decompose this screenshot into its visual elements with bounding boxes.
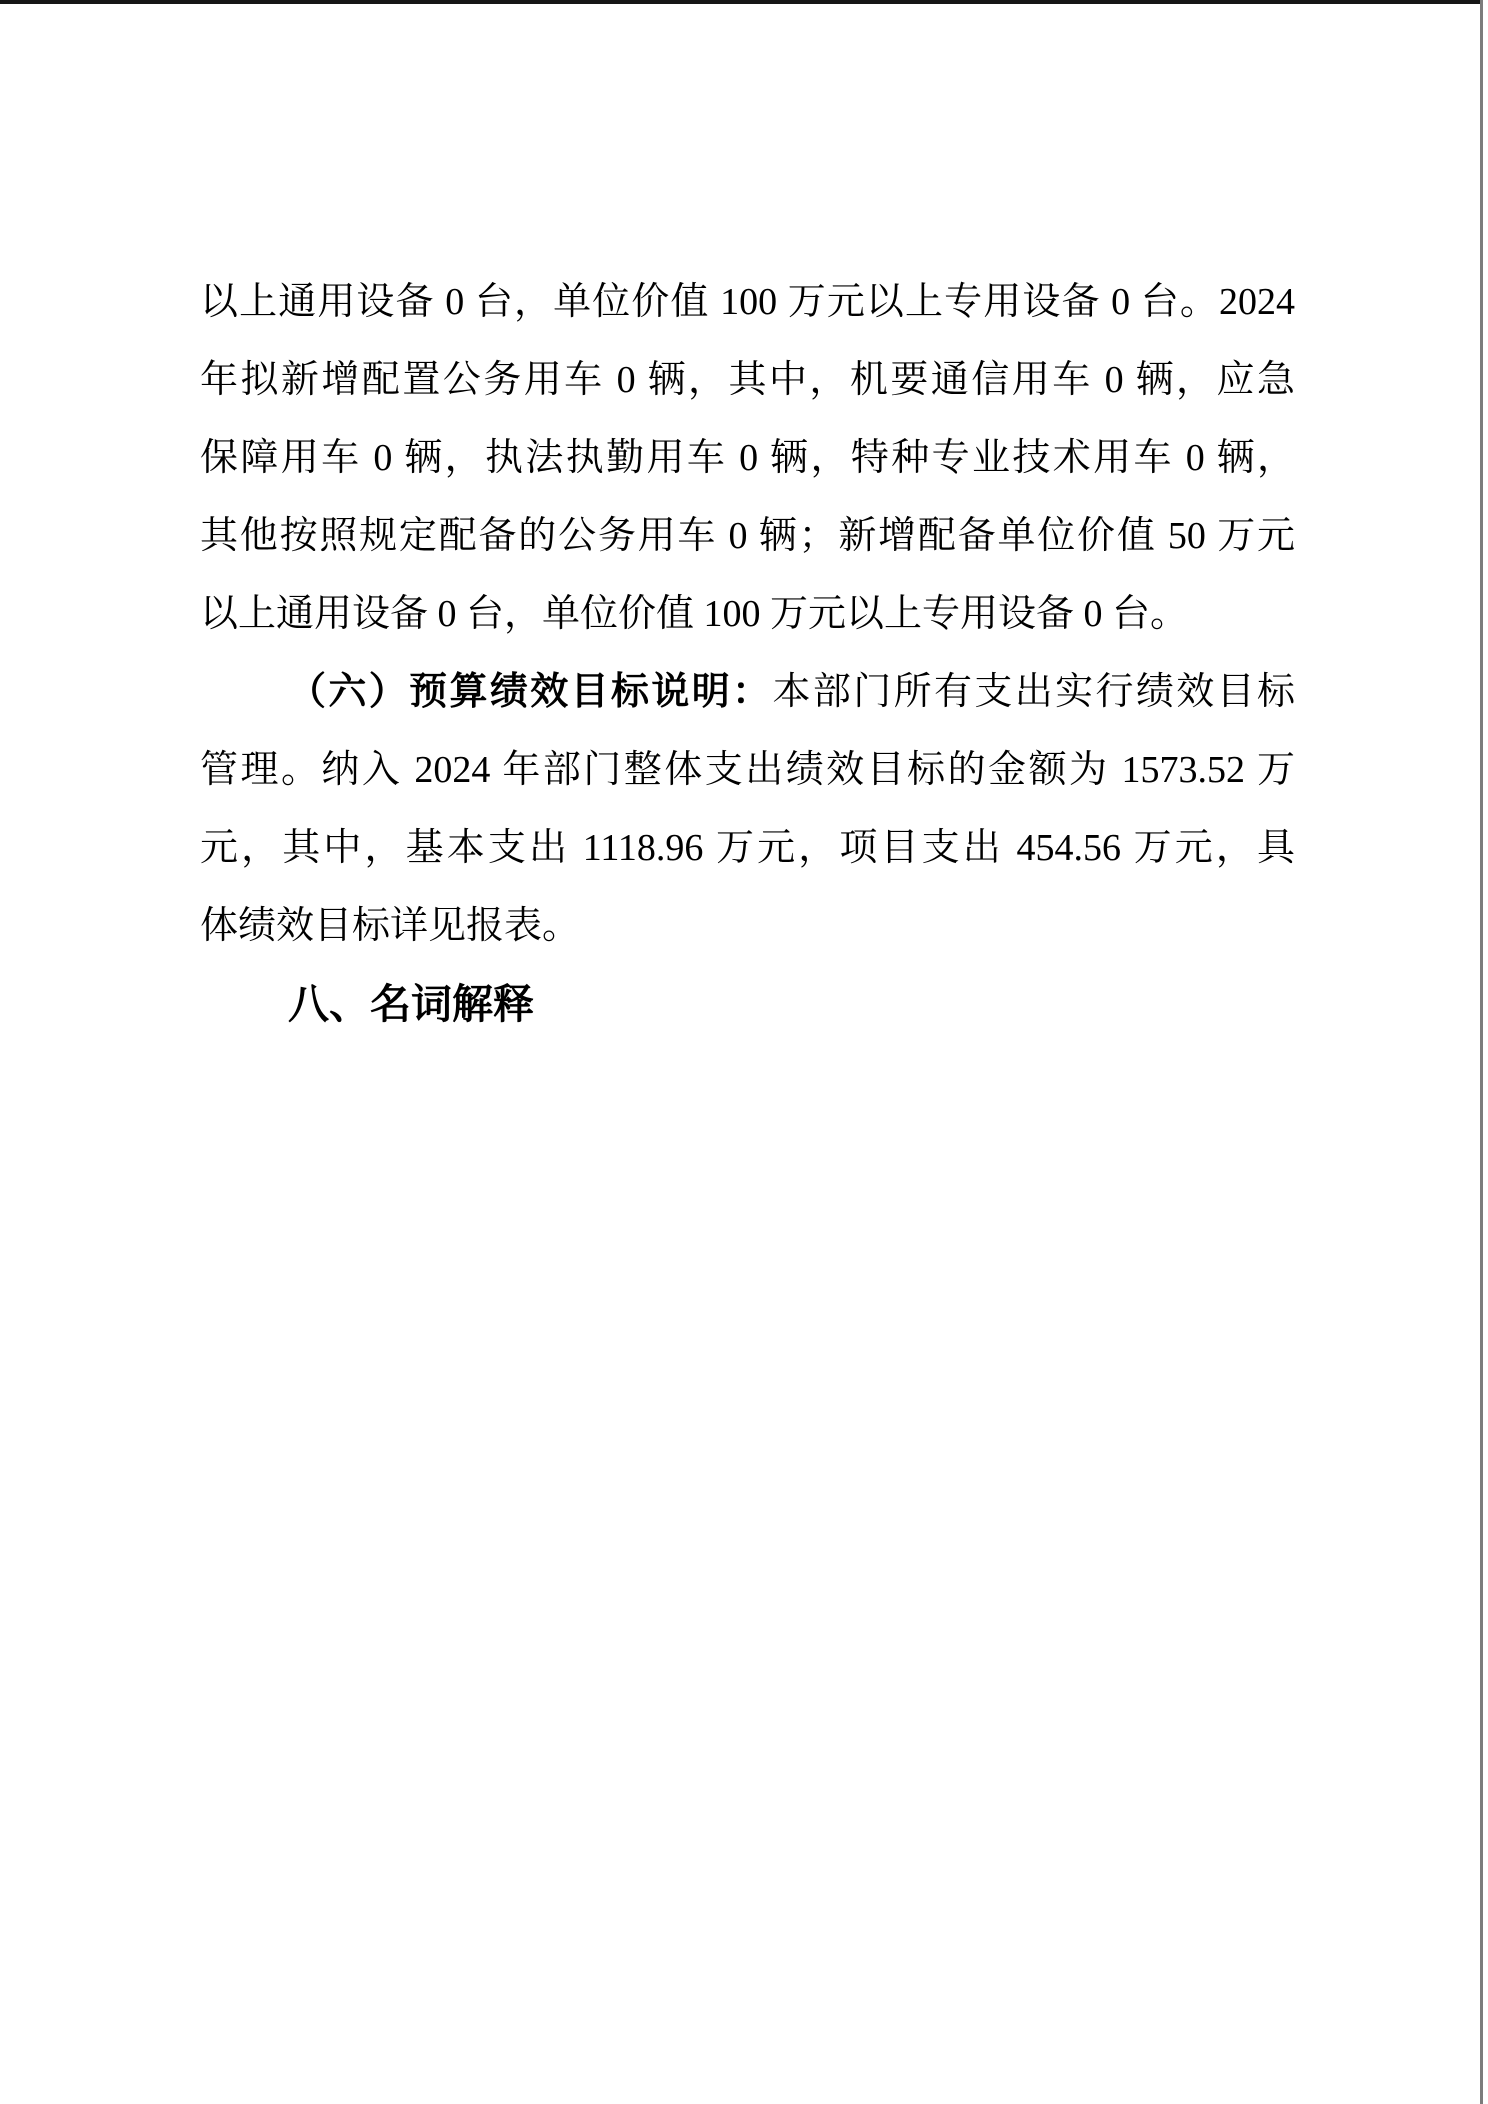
body-paragraph-line-9: 体绩效目标详见报表。 xyxy=(200,887,1295,965)
body-paragraph-line-8: 元，其中，基本支出 1118.96 万元，项目支出 454.56 万元，具 xyxy=(200,809,1295,887)
section-run-in-label: （六）预算绩效目标说明： xyxy=(288,671,773,713)
body-paragraph-line-5: 以上通用设备 0 台，单位价值 100 万元以上专用设备 0 台。 xyxy=(200,575,1295,653)
document-text-block: 以上通用设备 0 台，单位价值 100 万元以上专用设备 0 台。2024 年拟… xyxy=(200,263,1295,1043)
body-text: 管理。纳入 2024 年部门整体支出绩效目标的金额为 1573.52 万 xyxy=(200,749,1295,791)
body-paragraph-line-6: （六）预算绩效目标说明：本部门所有支出实行绩效目标 xyxy=(200,653,1295,731)
body-text: 以上通用设备 0 台，单位价值 100 万元以上专用设备 0 台。2024 xyxy=(200,281,1295,323)
body-paragraph-line-7: 管理。纳入 2024 年部门整体支出绩效目标的金额为 1573.52 万 xyxy=(200,731,1295,809)
body-text: 体绩效目标详见报表。 xyxy=(200,905,580,947)
page-right-border xyxy=(1480,0,1483,2104)
body-text: 保障用车 0 辆，执法执勤用车 0 辆，特种专业技术用车 0 辆， xyxy=(200,437,1295,479)
section-heading-line: 八、名词解释 xyxy=(200,965,1295,1043)
body-text: 以上通用设备 0 台，单位价值 100 万元以上专用设备 0 台。 xyxy=(200,593,1188,635)
body-text: 年拟新增配置公务用车 0 辆，其中，机要通信用车 0 辆，应急 xyxy=(200,359,1295,401)
body-paragraph-line-2: 年拟新增配置公务用车 0 辆，其中，机要通信用车 0 辆，应急 xyxy=(200,341,1295,419)
body-text: 元，其中，基本支出 1118.96 万元，项目支出 454.56 万元，具 xyxy=(200,827,1295,869)
body-text: 其他按照规定配备的公务用车 0 辆；新增配备单位价值 50 万元 xyxy=(200,515,1295,557)
body-paragraph-line-1: 以上通用设备 0 台，单位价值 100 万元以上专用设备 0 台。2024 xyxy=(200,263,1295,341)
page-top-border xyxy=(0,0,1483,4)
body-paragraph-line-3: 保障用车 0 辆，执法执勤用车 0 辆，特种专业技术用车 0 辆， xyxy=(200,419,1295,497)
document-page: { "page": { "background_color": "#ffffff… xyxy=(0,0,1488,2104)
section-heading-text: 八、名词解释 xyxy=(288,981,534,1027)
body-text: 本部门所有支出实行绩效目标 xyxy=(773,671,1296,713)
body-paragraph-line-4: 其他按照规定配备的公务用车 0 辆；新增配备单位价值 50 万元 xyxy=(200,497,1295,575)
